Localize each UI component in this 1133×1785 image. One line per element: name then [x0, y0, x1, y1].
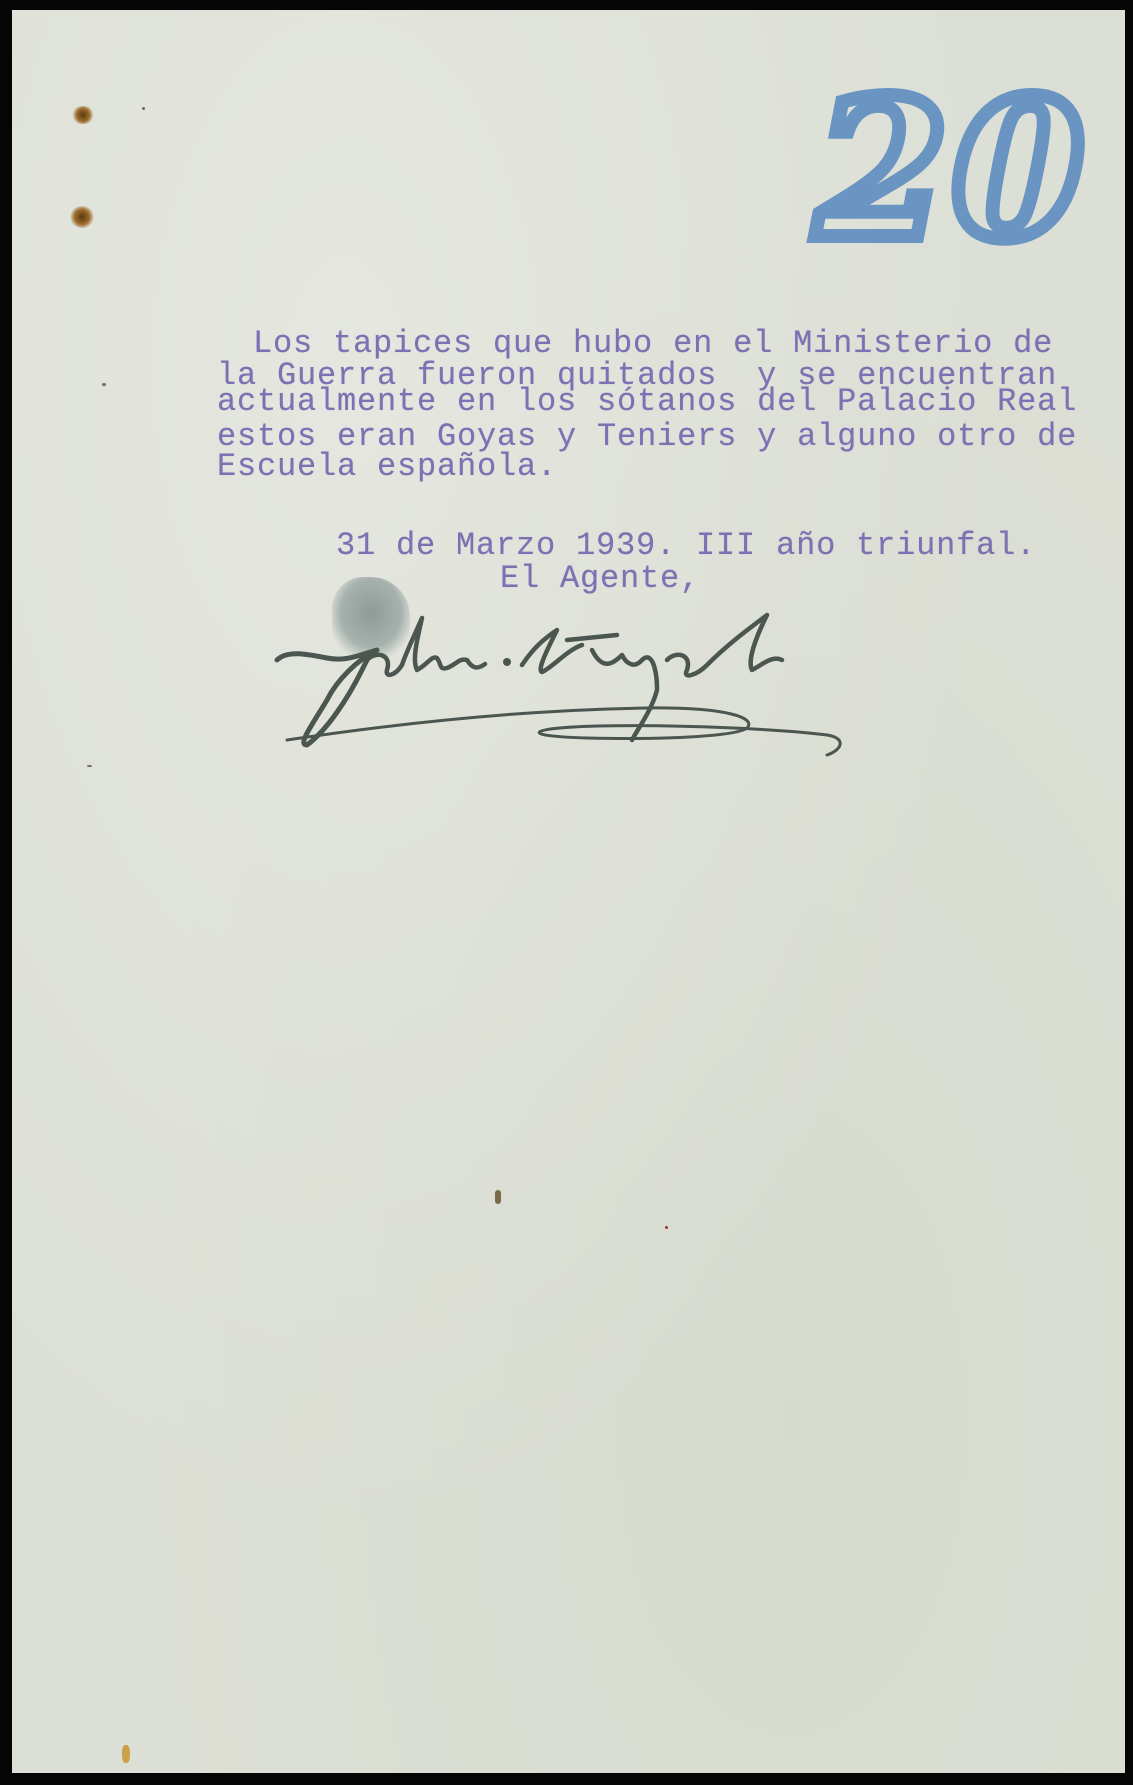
folio-number-text: 20 [807, 70, 1097, 270]
body-line-3: actualmente en los sótanos del Palacio R… [217, 386, 1077, 417]
speck [87, 765, 92, 767]
speck [495, 1190, 501, 1204]
speck [122, 1745, 130, 1763]
folio-number: 20 [807, 70, 1097, 270]
speck [142, 107, 145, 110]
speck [665, 1226, 668, 1229]
rust-stain-top [72, 106, 94, 124]
speck [102, 383, 106, 386]
body-line-1: Los tapices que hubo en el Ministerio de [253, 328, 1053, 359]
body-line-5: Escuela española. [217, 451, 557, 482]
handwritten-signature [267, 610, 917, 760]
rust-stain-bottom [70, 206, 94, 228]
document-page: 20 Los tapices que hubo en el Ministerio… [12, 10, 1125, 1773]
date-line: 31 de Marzo 1939. III año triunfal. [336, 530, 1036, 561]
closing-line: El Agente, [500, 563, 700, 594]
